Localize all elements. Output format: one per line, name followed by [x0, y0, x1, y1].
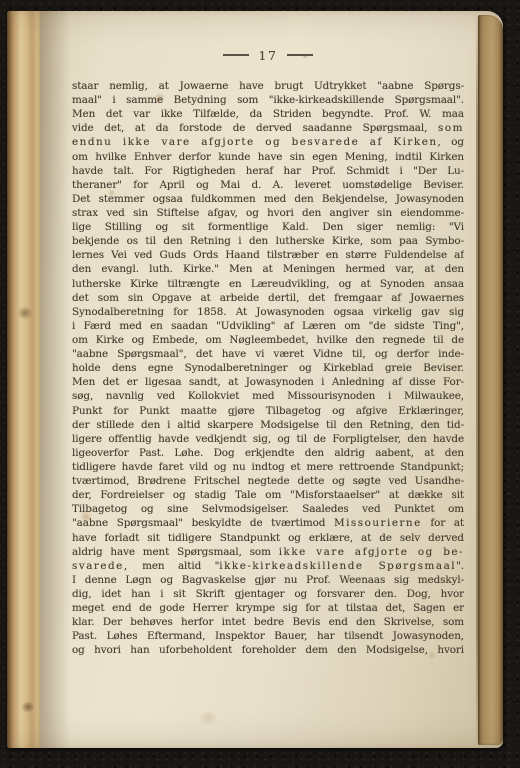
text-line: tværtimod, Brødrene Fritschel negtede de…	[72, 474, 464, 488]
text-line: ligeoverfor Past. Løhe. Dog erkjendte de…	[72, 446, 464, 460]
page-number-dash-right	[287, 54, 313, 56]
page-number-dash-left	[223, 54, 249, 56]
text-line: klar. Der behøves herfor intet bedre Bev…	[72, 615, 464, 629]
text-line: maal" i samme Betydning som "ikke-kirkea…	[72, 93, 464, 107]
text-line: strax ved sin Stiftelse afgav, og hvori …	[72, 206, 464, 220]
text-line: havde talt. For Rigtigheden heraf har Pr…	[72, 164, 464, 178]
gutter-shadow	[40, 11, 70, 748]
page-number-row: 17	[72, 46, 464, 64]
text-line: dig, idet han i sit Skrift gjentager og …	[72, 587, 464, 601]
text-line: staar nemlig, at Jowaerne have brugt Udt…	[72, 79, 464, 93]
body-text: staar nemlig, at Jowaerne have brugt Udt…	[72, 79, 464, 657]
text-line: der, Fordreielser og stadig Tale om "Mis…	[72, 488, 464, 502]
text-line: om hvilke Enhver derfor kunde have sin e…	[72, 150, 464, 164]
text-line: det som sin Opgave at arbeide dertil, de…	[72, 291, 464, 305]
text-line: og hvori han uforbeholdent foreholder de…	[72, 643, 464, 657]
text-line: have forladt sit tidligere Standpunkt og…	[72, 531, 464, 545]
text-line: lige Stilling og sit formentlige Kald. D…	[72, 220, 464, 234]
page-content: 17 staar nemlig, at Jowaerne have brugt …	[72, 46, 464, 657]
text-line: Tilbagetog og sine Selvmodsigelser. Saal…	[72, 502, 464, 516]
text-line: Det stemmer ogsaa fuldkommen med den Bek…	[72, 192, 464, 206]
binding-notch	[21, 701, 35, 713]
text-line: Past. Løhes Eftermand, Inspektor Bauer, …	[72, 629, 464, 643]
text-line: i Færd med en saadan "Udvikling" af Lære…	[72, 319, 464, 333]
text-line: holde dens egne Synodalberetninger og Ki…	[72, 361, 464, 375]
text-line: endnu ikke vare afgjorte og besvarede af…	[72, 135, 464, 149]
binding-edge	[7, 11, 40, 748]
text-line: I denne Løgn og Bagvaskelse gjør nu Prof…	[72, 573, 464, 587]
fore-edge	[478, 15, 503, 745]
text-line: Synodalberetning for 1858. At Jowasynode…	[72, 305, 464, 319]
book-photo: 17 staar nemlig, at Jowaerne have brugt …	[0, 0, 520, 768]
text-line: aldrig have ment Spørgsmaal, som ikke va…	[72, 545, 464, 559]
binding-crease	[17, 306, 33, 320]
text-line: bekjende os til den Retning i den luther…	[72, 234, 464, 248]
text-line: "aabne Spørgsmaal", det have vi været Vi…	[72, 347, 464, 361]
text-line: vide det, at da forstode de derved saada…	[72, 121, 464, 135]
text-line: "aabne Spørgsmaal" beskyldte de tværtimo…	[72, 516, 464, 530]
text-line: lernes Vei ved Guds Ords Haand tilstræbe…	[72, 248, 464, 262]
text-line: svarede, men altid "ikke-kirkeadskillend…	[72, 559, 464, 573]
text-line: Men det er ligesaa sandt, at Jowasynoden…	[72, 375, 464, 389]
text-line: den evangl. luth. Kirke." Men at Meninge…	[72, 262, 464, 276]
text-line: om Kirke og Embede, om Nøgleembedet, hvi…	[72, 333, 464, 347]
text-line: theraner" for April og Mai d. A. leveret…	[72, 178, 464, 192]
text-line: der stillede den i altid skarpere Modsig…	[72, 418, 464, 432]
text-line: meget end de gode Herrer krympe sig for …	[72, 601, 464, 615]
page-number: 17	[259, 48, 278, 63]
text-line: søg, navnlig ved Kollokviet med Missouri…	[72, 389, 464, 403]
text-line: tidligere havde faret vild og nu indtog …	[72, 460, 464, 474]
text-line: Men det var ikke Tilfælde, da Striden be…	[72, 107, 464, 121]
foxing-spot	[197, 711, 219, 725]
text-line: ligere offentlig havde vedkjendt sig, og…	[72, 432, 464, 446]
text-line: Punkt for Punkt maatte gjøre Tilbagetog …	[72, 404, 464, 418]
text-line: lutherske Kirke tiltrængte en Læreudvikl…	[72, 277, 464, 291]
